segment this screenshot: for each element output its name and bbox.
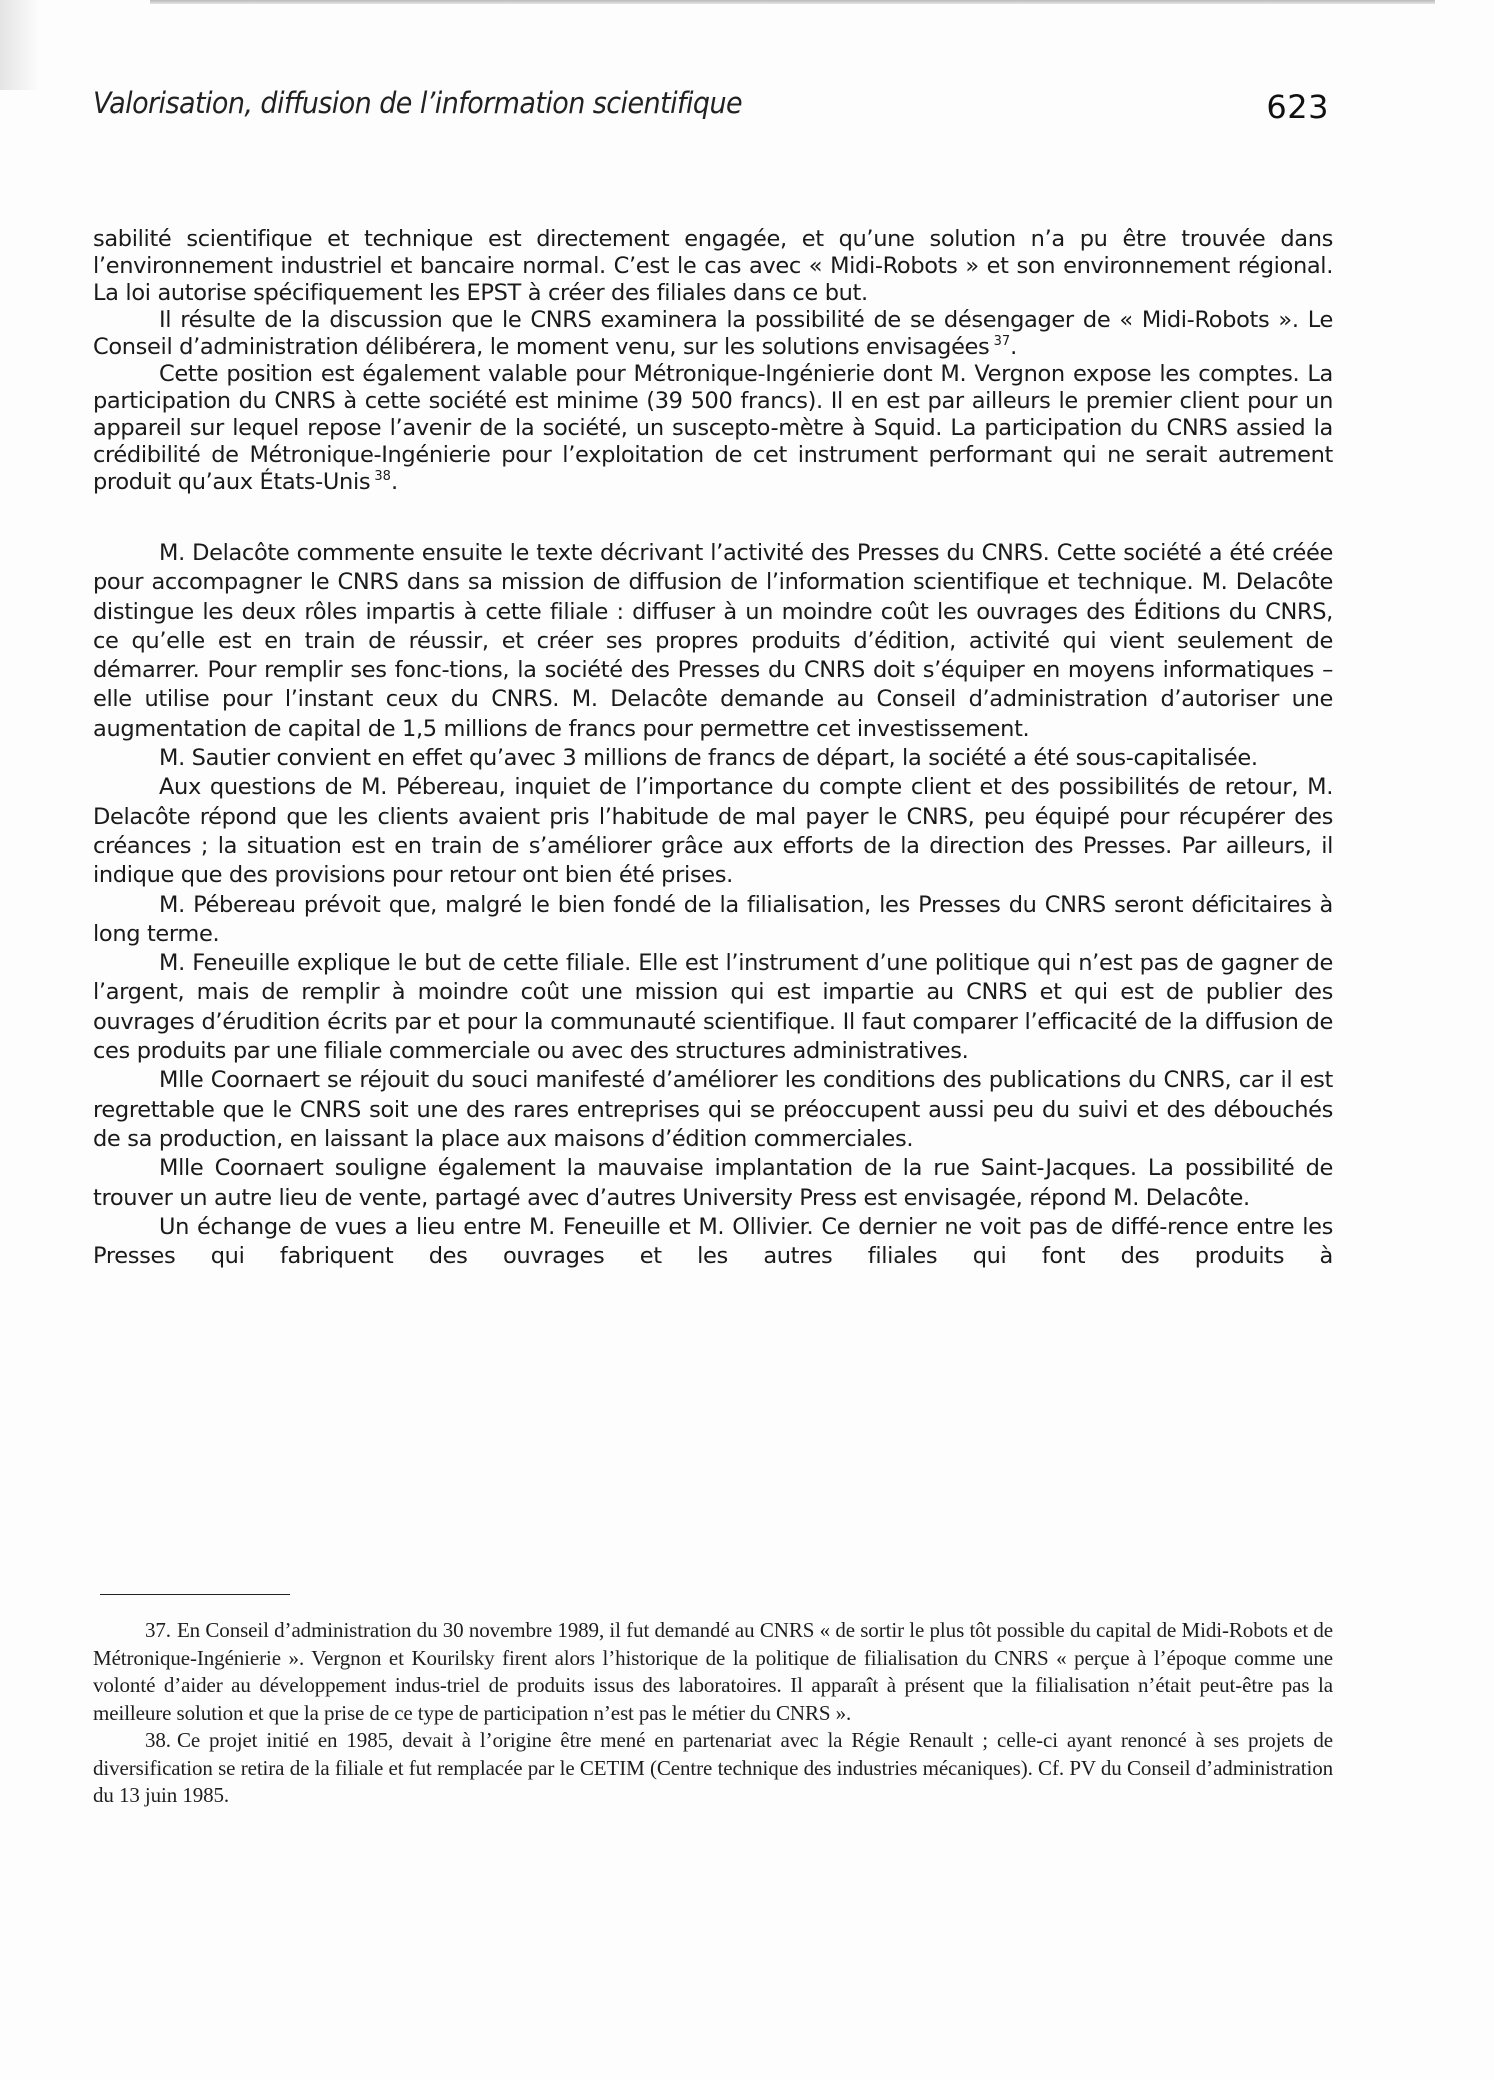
paragraph: Mlle Coornaert se réjouit du souci manif… [93,1066,1333,1154]
paragraph: Cette position est également valable pou… [93,361,1333,496]
scan-left-shadow [0,0,40,90]
footnote-37: 37.En Conseil d’administration du 30 nov… [93,1617,1333,1727]
paragraph-text: Il résulte de la discussion que le CNRS … [93,307,1333,360]
footnotes: 37.En Conseil d’administration du 30 nov… [93,1617,1333,1810]
footnote-number: 38. [145,1728,171,1752]
paragraph-end: . [391,469,398,495]
scan-top-edge [150,0,1435,4]
page-number: 623 [1266,88,1329,126]
footnote-ref-38[interactable]: 38 [374,469,391,484]
footnote-text: Ce projet initié en 1985, devait à l’ori… [93,1728,1333,1807]
paragraph: Aux questions de M. Pébereau, inquiet de… [93,773,1333,890]
paragraph-text: Cette position est également valable pou… [93,361,1333,495]
paragraph: M. Sautier convient en effet qu’avec 3 m… [93,744,1333,773]
text-block-subsidiaries: sabilité scientifique et technique est d… [93,226,1333,496]
paragraph-text: sabilité scientifique et technique est d… [93,226,1333,306]
paragraph-end: . [1010,334,1017,360]
paragraph: sabilité scientifique et technique est d… [93,226,1333,307]
paragraph: M. Delacôte commente ensuite le texte dé… [93,539,1333,744]
footnote-38: 38.Ce projet initié en 1985, devait à l’… [93,1727,1333,1810]
text-block-presses-cnrs: M. Delacôte commente ensuite le texte dé… [93,539,1333,1271]
body-text: sabilité scientifique et technique est d… [93,226,1333,1271]
paragraph: Un échange de vues a lieu entre M. Feneu… [93,1213,1333,1272]
paragraph: Il résulte de la discussion que le CNRS … [93,307,1333,361]
footnote-text: En Conseil d’administration du 30 novemb… [93,1618,1333,1725]
paragraph: M. Feneuille explique le but de cette fi… [93,949,1333,1066]
running-head: Valorisation, diffusion de l’information… [93,86,1333,130]
paragraph: M. Pébereau prévoit que, malgré le bien … [93,891,1333,950]
paragraph: Mlle Coornaert souligne également la mau… [93,1154,1333,1213]
footnote-ref-37[interactable]: 37 [994,334,1011,349]
running-title: Valorisation, diffusion de l’information… [93,86,742,120]
footnote-number: 37. [145,1618,171,1642]
footnote-separator [100,1594,290,1595]
